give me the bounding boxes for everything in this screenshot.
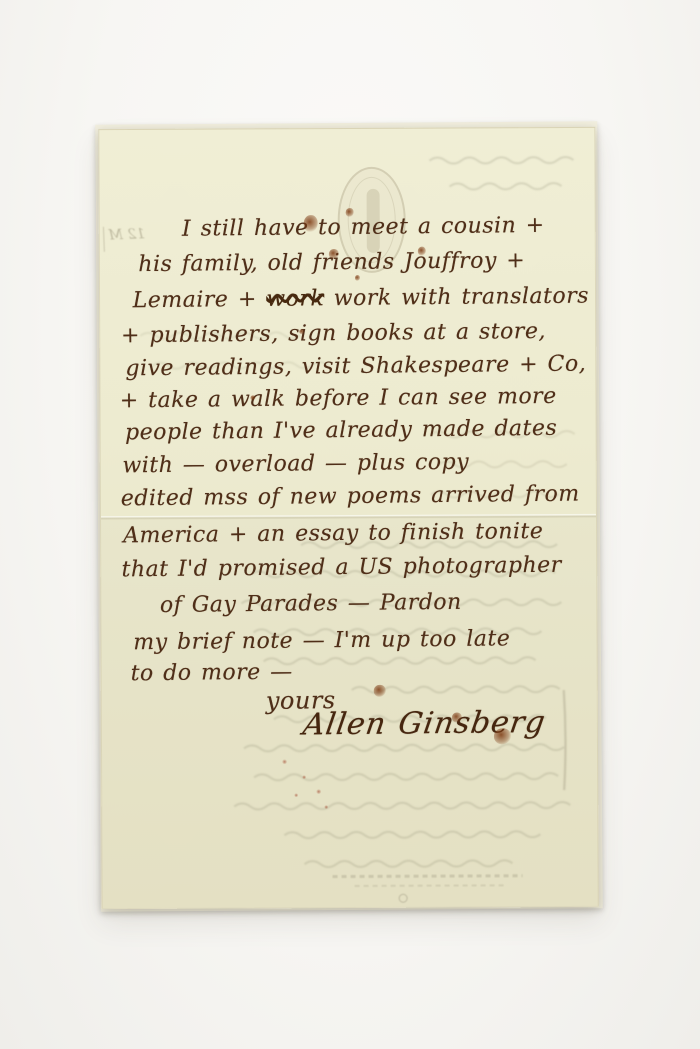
line-text: work with translators (324, 283, 589, 311)
crossed-out-word: work (266, 286, 324, 312)
letter-line: America + an essay to finish tonite (123, 517, 543, 551)
letter-line: to do more — (130, 658, 292, 690)
line-text: Lemaire + (133, 287, 267, 313)
letter-line: give readings, visit Shakespeare + Co, (125, 350, 586, 385)
letter-line: I still have to meet a cousin + (182, 211, 545, 245)
letter-line: + take a walk before I can see more (120, 382, 557, 417)
letter-line: with — overload — plus copy (122, 448, 469, 482)
letter-line: + publishers, sign books at a store, (121, 317, 546, 351)
letter-line: my brief note — I'm up too late (133, 624, 510, 658)
rust-speck (282, 759, 287, 764)
letter-line: Lemaire + work work with translators (133, 281, 590, 316)
letter-line: that I'd promised a US photographer (121, 551, 562, 586)
author-signature: Allen Ginsberg (301, 705, 549, 744)
rust-speck (324, 805, 328, 809)
rust-speck (294, 793, 298, 797)
rust-speck (302, 775, 306, 779)
letter-body: I still have to meet a cousin + his fami… (98, 127, 598, 909)
photo-background: 12 M I still have to meet a cousin + his… (0, 0, 700, 1049)
letter-line: edited mss of new poems arrived from (121, 480, 580, 515)
rust-speck (316, 789, 321, 794)
letter-line: people than I've already made dates (125, 414, 557, 449)
letter-line: of Gay Parades — Pardon (160, 588, 462, 621)
letter-paper: 12 M I still have to meet a cousin + his… (98, 127, 598, 909)
